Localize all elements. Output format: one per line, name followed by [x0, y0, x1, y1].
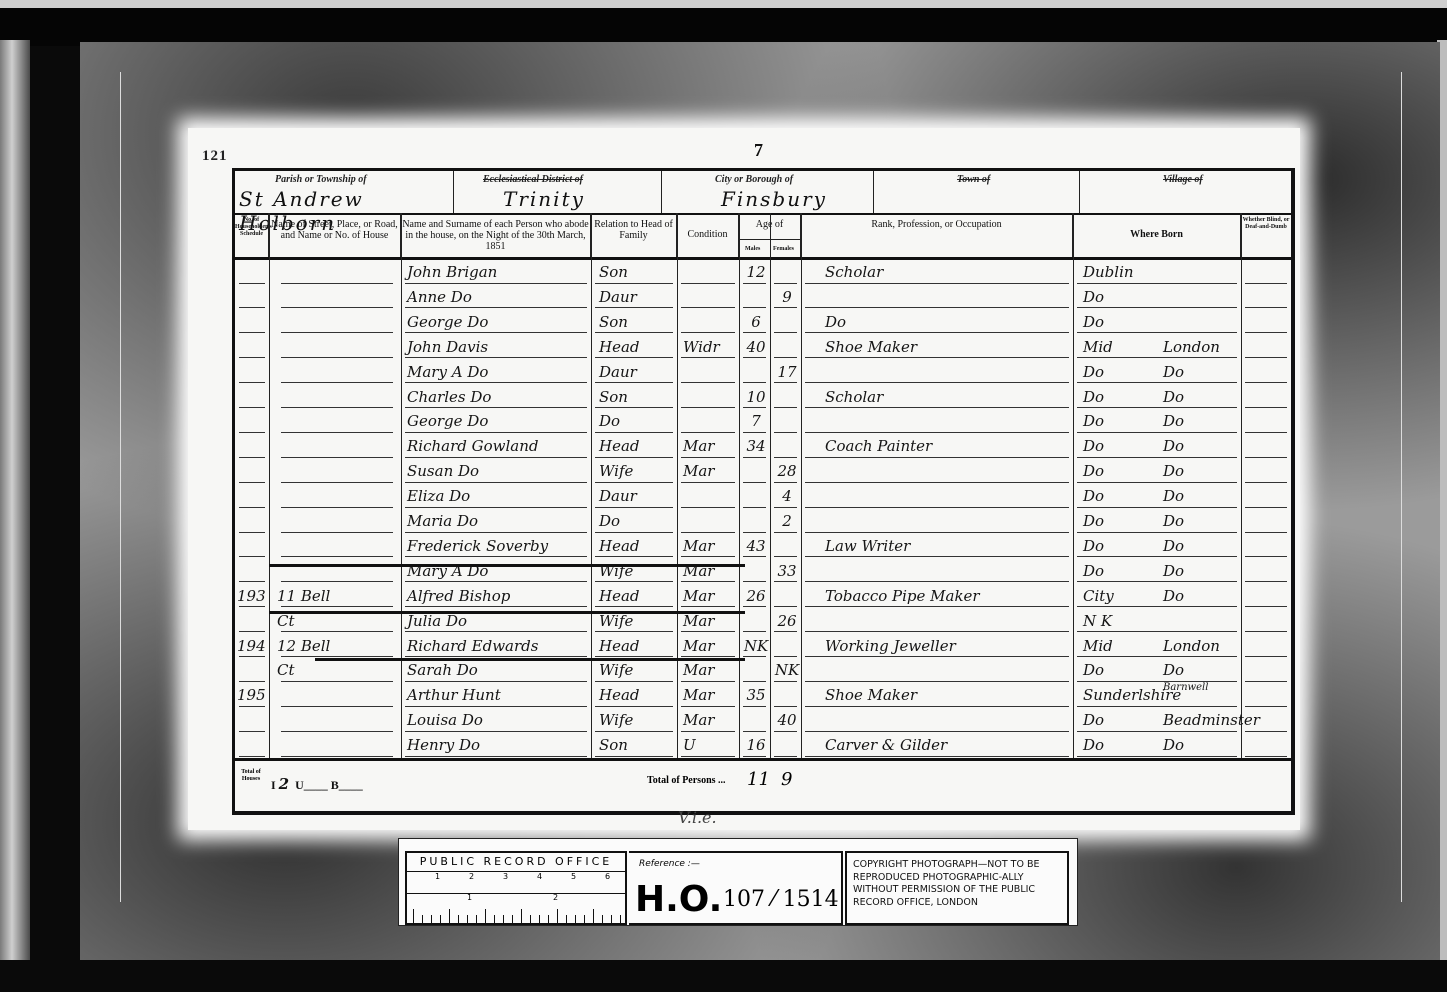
row-rule	[743, 457, 766, 458]
schedule-number	[237, 360, 267, 384]
row-rule	[239, 631, 265, 632]
person-name: George Do	[407, 310, 591, 334]
female-age	[774, 683, 800, 707]
male-age	[743, 559, 769, 583]
top-edge	[0, 0, 1447, 8]
row-rule	[1077, 756, 1237, 757]
row-rule	[774, 432, 797, 433]
occupation: Working Jeweller	[825, 634, 1065, 658]
street-address	[277, 409, 397, 433]
person-name: Charles Do	[407, 385, 591, 409]
reference-label: Reference :—	[639, 859, 700, 869]
row-rule	[595, 581, 673, 582]
row-rule	[595, 457, 673, 458]
condition: Mar	[683, 534, 739, 558]
female-age	[774, 260, 800, 284]
row-rule	[239, 756, 265, 757]
born-place	[1163, 609, 1243, 633]
born-place: Do	[1163, 733, 1243, 757]
relation: Daur	[599, 484, 677, 508]
row-rule	[681, 756, 735, 757]
row-rule	[681, 731, 735, 732]
person-name: Anne Do	[407, 285, 591, 309]
female-age: 33	[774, 559, 800, 583]
born-place	[1163, 310, 1243, 334]
row-rule	[681, 706, 735, 707]
table-row: John DavisHeadWidr40Shoe MakerMidLondon	[235, 335, 1291, 359]
col-where-born: Where Born	[1073, 213, 1241, 257]
row-rule	[774, 681, 797, 682]
condition: Mar	[683, 708, 739, 732]
schedule-number	[237, 484, 267, 508]
row-rule	[239, 507, 265, 508]
col-relation: Relation to Head of Family	[591, 213, 677, 257]
totals-row: Total of Houses I 2 U____ B____ Total of…	[235, 758, 1291, 810]
occupation	[825, 285, 1065, 309]
ruler-tick	[530, 915, 531, 923]
ruler-tick	[575, 915, 576, 923]
building-prefix: B	[331, 778, 339, 792]
row-rule	[281, 756, 393, 757]
row-rule	[1077, 606, 1237, 607]
row-rule	[281, 706, 393, 707]
parish-cell: Parish or Township of St Andrew Holborn	[235, 171, 454, 213]
col-condition: Condition	[677, 213, 739, 257]
born-county: Do	[1083, 658, 1163, 682]
schedule-number	[237, 310, 267, 334]
row-rule	[805, 457, 1069, 458]
row-rule	[805, 382, 1069, 383]
occupation	[825, 509, 1065, 533]
row-rule	[774, 656, 797, 657]
born-county: Do	[1083, 360, 1163, 384]
row-rule	[281, 606, 393, 607]
row-rule	[1245, 631, 1287, 632]
ecclesiastical-label: Ecclesiastical District of	[483, 174, 583, 185]
occupation: Scholar	[825, 260, 1065, 284]
city-cell: City or Borough of Finsbury	[661, 171, 874, 213]
condition: U	[683, 733, 739, 757]
cm-tick-label: 3	[503, 872, 508, 881]
table-row: 195Arthur HuntHeadMar35Shoe MakerSunderl…	[235, 683, 1291, 707]
street-address: 11 Bell	[277, 584, 397, 608]
table-row: Susan DoWifeMar28DoDo	[235, 459, 1291, 483]
row-rule	[743, 407, 766, 408]
person-name: Susan Do	[407, 459, 591, 483]
row-rule	[405, 307, 587, 308]
person-name: Richard Gowland	[407, 434, 591, 458]
born-county: Sunderlshire	[1083, 683, 1163, 707]
female-age	[774, 634, 800, 658]
street-address	[277, 559, 397, 583]
row-rule	[405, 556, 587, 557]
ruler-tick	[584, 915, 585, 923]
person-name: Sarah Do	[407, 658, 591, 682]
row-rule	[1077, 482, 1237, 483]
row-rule	[774, 631, 797, 632]
condition	[683, 285, 739, 309]
born-place: Do	[1163, 509, 1243, 533]
male-age	[743, 285, 769, 309]
relation: Son	[599, 260, 677, 284]
row-rule	[405, 706, 587, 707]
row-rule	[405, 283, 587, 284]
female-age: 17	[774, 360, 800, 384]
uninhabited-prefix: U	[295, 778, 304, 792]
female-age	[774, 584, 800, 608]
ruler-tick	[503, 915, 504, 923]
table-row: Maria DoDo2DoDo	[235, 509, 1291, 533]
male-age: 40	[743, 335, 769, 359]
born-place: Barnwell	[1163, 683, 1243, 707]
row-rule	[595, 407, 673, 408]
person-name: Henry Do	[407, 733, 591, 757]
schedule-number: 193	[237, 584, 267, 608]
person-name: Alfred Bishop	[407, 584, 591, 608]
ecclesiastical-value: Trinity	[503, 187, 585, 211]
row-rule	[239, 656, 265, 657]
relation: Head	[599, 683, 677, 707]
ruler-tick	[467, 915, 468, 923]
row-rule	[743, 681, 766, 682]
condition: Mar	[683, 634, 739, 658]
row-rule	[774, 332, 797, 333]
ruler-tick	[494, 915, 495, 923]
row-rule	[681, 631, 735, 632]
condition: Mar	[683, 658, 739, 682]
ruler-tick	[539, 915, 540, 923]
row-rule	[743, 307, 766, 308]
total-females: 9	[781, 769, 792, 790]
row-rule	[805, 581, 1069, 582]
row-rule	[1245, 581, 1287, 582]
row-rule	[595, 706, 673, 707]
row-rule	[1245, 432, 1287, 433]
male-age: 35	[743, 683, 769, 707]
row-rule	[281, 556, 393, 557]
street-address	[277, 509, 397, 533]
inhabited-value: 2	[279, 775, 289, 793]
row-rule	[805, 706, 1069, 707]
occupation: Tobacco Pipe Maker	[825, 584, 1065, 608]
ruler-inch: 12	[407, 893, 625, 923]
row-rule	[281, 532, 393, 533]
row-rule	[774, 706, 797, 707]
male-age	[743, 708, 769, 732]
schedule-number	[237, 434, 267, 458]
row-rule	[743, 332, 766, 333]
row-rule	[239, 307, 265, 308]
inch-tick-label: 1	[467, 893, 472, 902]
ruler-tick	[521, 909, 522, 923]
relation: Head	[599, 634, 677, 658]
row-rule	[743, 507, 766, 508]
scale-ruler: PUBLIC RECORD OFFICE 123456 12	[405, 851, 627, 925]
col-name: Name and Surname of each Person who abod…	[401, 213, 591, 257]
condition	[683, 360, 739, 384]
row-rule	[681, 532, 735, 533]
table-row: Frederick SoverbyHeadMar43Law WriterDoDo	[235, 534, 1291, 558]
born-place	[1163, 285, 1243, 309]
condition	[683, 385, 739, 409]
male-age: NK	[743, 634, 769, 658]
row-rule	[743, 656, 766, 657]
street-address	[277, 459, 397, 483]
col-schedule: No. of Householder's Schedule	[235, 213, 269, 257]
row-rule	[281, 681, 393, 682]
row-rule	[281, 432, 393, 433]
person-name: Louisa Do	[407, 708, 591, 732]
condition	[683, 409, 739, 433]
born-place: Do	[1163, 559, 1243, 583]
row-rule	[239, 283, 265, 284]
row-rule	[805, 482, 1069, 483]
schedule-number	[237, 559, 267, 583]
row-rule	[805, 407, 1069, 408]
occupation: Do	[825, 310, 1065, 334]
row-rule	[239, 606, 265, 607]
row-rule	[595, 357, 673, 358]
table-row: George DoDo7DoDo	[235, 409, 1291, 433]
col-age-females: Females	[773, 244, 794, 255]
female-age: NK	[774, 658, 800, 682]
born-place: London	[1163, 335, 1243, 359]
city-label: City or Borough of	[715, 174, 793, 185]
row-rule	[239, 382, 265, 383]
table-row: John BriganSon12ScholarDublin	[235, 260, 1291, 284]
table-row: Anne DoDaur9Do	[235, 285, 1291, 309]
row-rule	[681, 357, 735, 358]
row-rule	[405, 382, 587, 383]
schedule-number	[237, 409, 267, 433]
table-row: 19412 BellRichard EdwardsHeadMarNKWorkin…	[235, 634, 1291, 658]
row-rule	[743, 357, 766, 358]
cm-tick-label: 1	[435, 872, 440, 881]
ruler-tick	[611, 915, 612, 923]
born-county: Mid	[1083, 335, 1163, 359]
row-rule	[743, 706, 766, 707]
table-row: George DoSon6DoDo	[235, 310, 1291, 334]
schedule-number	[237, 733, 267, 757]
row-rule	[1245, 457, 1287, 458]
row-rule	[743, 482, 766, 483]
row-rule	[774, 382, 797, 383]
houses-counts: I 2 U____ B____	[271, 775, 363, 793]
male-age: 34	[743, 434, 769, 458]
census-sheet: Parish or Township of St Andrew Holborn …	[232, 168, 1295, 815]
ruler-tick	[440, 915, 441, 923]
occupation	[825, 658, 1065, 682]
row-rule	[743, 606, 766, 607]
male-age: 16	[743, 733, 769, 757]
relation: Son	[599, 385, 677, 409]
row-rule	[805, 556, 1069, 557]
row-rule	[595, 307, 673, 308]
relation: Do	[599, 409, 677, 433]
street-address	[277, 708, 397, 732]
street-address	[277, 285, 397, 309]
born-county: Do	[1083, 310, 1163, 334]
row-rule	[805, 756, 1069, 757]
row-rule	[1245, 756, 1287, 757]
village-label: Village of	[1163, 174, 1203, 185]
male-age	[743, 484, 769, 508]
ruler-tick	[593, 909, 594, 923]
row-rule	[1077, 681, 1237, 682]
row-rule	[595, 681, 673, 682]
condition: Widr	[683, 335, 739, 359]
street-address	[277, 335, 397, 359]
row-rule	[805, 532, 1069, 533]
row-rule	[405, 606, 587, 607]
row-rule	[774, 756, 797, 757]
row-rule	[1077, 656, 1237, 657]
born-county: Mid	[1083, 634, 1163, 658]
person-name: Frederick Soverby	[407, 534, 591, 558]
row-rule	[405, 631, 587, 632]
schedule-number	[237, 658, 267, 682]
row-rule	[1245, 407, 1287, 408]
row-rule	[1245, 382, 1287, 383]
female-age	[774, 385, 800, 409]
total-males: 11	[747, 769, 770, 790]
row-rule	[1245, 482, 1287, 483]
row-rule	[774, 581, 797, 582]
row-rule	[774, 482, 797, 483]
row-rule	[239, 332, 265, 333]
page-number: 7	[754, 140, 763, 161]
row-rule	[805, 606, 1069, 607]
street-address	[277, 310, 397, 334]
row-rule	[1245, 606, 1287, 607]
condition: Mar	[683, 434, 739, 458]
row-rule	[1077, 631, 1237, 632]
street-address	[277, 484, 397, 508]
ruler-tick	[602, 915, 603, 923]
row-rule	[239, 706, 265, 707]
row-rule	[595, 731, 673, 732]
born-place: Do	[1163, 584, 1243, 608]
row-rule	[281, 631, 393, 632]
relation: Son	[599, 733, 677, 757]
row-rule	[405, 507, 587, 508]
person-name: Arthur Hunt	[407, 683, 591, 707]
row-rule	[405, 457, 587, 458]
born-place: Do	[1163, 658, 1243, 682]
ecclesiastical-cell: Ecclesiastical District of Trinity	[453, 171, 662, 213]
occupation	[825, 360, 1065, 384]
male-age: 12	[743, 260, 769, 284]
relation: Wife	[599, 559, 677, 583]
street-address	[277, 385, 397, 409]
row-rule	[805, 656, 1069, 657]
condition: Mar	[683, 683, 739, 707]
street-address	[277, 683, 397, 707]
row-rule	[595, 507, 673, 508]
relation: Head	[599, 534, 677, 558]
occupation: Carver & Gilder	[825, 733, 1065, 757]
relation: Head	[599, 434, 677, 458]
row-rule	[239, 482, 265, 483]
street-address: Ct	[277, 658, 397, 682]
born-place	[1163, 260, 1243, 284]
male-age	[743, 360, 769, 384]
row-rule	[595, 332, 673, 333]
schedule-number	[237, 459, 267, 483]
public-record-office-stamp: PUBLIC RECORD OFFICE 123456 12 Reference…	[398, 838, 1078, 926]
row-rule	[239, 532, 265, 533]
household-separator	[315, 658, 745, 661]
condition	[683, 509, 739, 533]
row-rule	[595, 656, 673, 657]
row-rule	[281, 581, 393, 582]
row-rule	[774, 606, 797, 607]
row-rule	[774, 283, 797, 284]
household-separator	[269, 611, 745, 614]
row-rule	[805, 432, 1069, 433]
person-name: John Brigan	[407, 260, 591, 284]
person-name: John Davis	[407, 335, 591, 359]
town-label: Town of	[957, 174, 990, 185]
row-rule	[281, 307, 393, 308]
row-rule	[805, 307, 1069, 308]
col-blind: Whether Blind, or Deaf-and-Dumb	[1241, 213, 1291, 257]
row-rule	[595, 283, 673, 284]
row-rule	[281, 656, 393, 657]
row-rule	[1077, 706, 1237, 707]
row-rule	[1245, 357, 1287, 358]
row-rule	[595, 532, 673, 533]
street-address	[277, 434, 397, 458]
census-page: 121 7 Parish or Township of St Andrew Ho…	[188, 128, 1300, 830]
male-age: 7	[743, 409, 769, 433]
male-age: 10	[743, 385, 769, 409]
row-rule	[681, 681, 735, 682]
row-rule	[1245, 283, 1287, 284]
row-rule	[1245, 507, 1287, 508]
born-county: Do	[1083, 434, 1163, 458]
relation: Do	[599, 509, 677, 533]
male-age: 26	[743, 584, 769, 608]
row-rule	[239, 556, 265, 557]
born-county: Do	[1083, 484, 1163, 508]
row-rule	[595, 631, 673, 632]
occupation: Scholar	[825, 385, 1065, 409]
schedule-number	[237, 708, 267, 732]
occupation: Shoe Maker	[825, 683, 1065, 707]
occupation	[825, 609, 1065, 633]
row-rule	[805, 507, 1069, 508]
row-rule	[1077, 432, 1237, 433]
schedule-number	[237, 509, 267, 533]
table-row: Louisa DoWifeMar40DoBeadminster	[235, 708, 1291, 732]
row-rule	[1077, 556, 1237, 557]
row-rule	[743, 532, 766, 533]
row-rule	[1245, 656, 1287, 657]
row-rule	[1077, 357, 1237, 358]
row-rule	[805, 283, 1069, 284]
relation: Son	[599, 310, 677, 334]
row-rule	[405, 532, 587, 533]
ruler-tick	[512, 915, 513, 923]
female-age: 40	[774, 708, 800, 732]
table-row: Henry DoSonU16Carver & GilderDoDo	[235, 733, 1291, 757]
row-rule	[1077, 332, 1237, 333]
male-age	[743, 658, 769, 682]
total-houses-label: Total of Houses	[237, 769, 265, 783]
row-rule	[405, 407, 587, 408]
row-rule	[281, 507, 393, 508]
